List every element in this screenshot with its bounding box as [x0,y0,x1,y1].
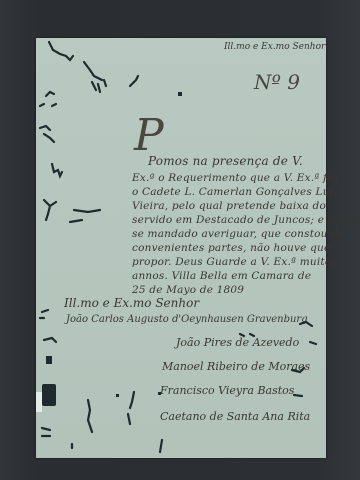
worm-damage-marks [0,0,360,480]
